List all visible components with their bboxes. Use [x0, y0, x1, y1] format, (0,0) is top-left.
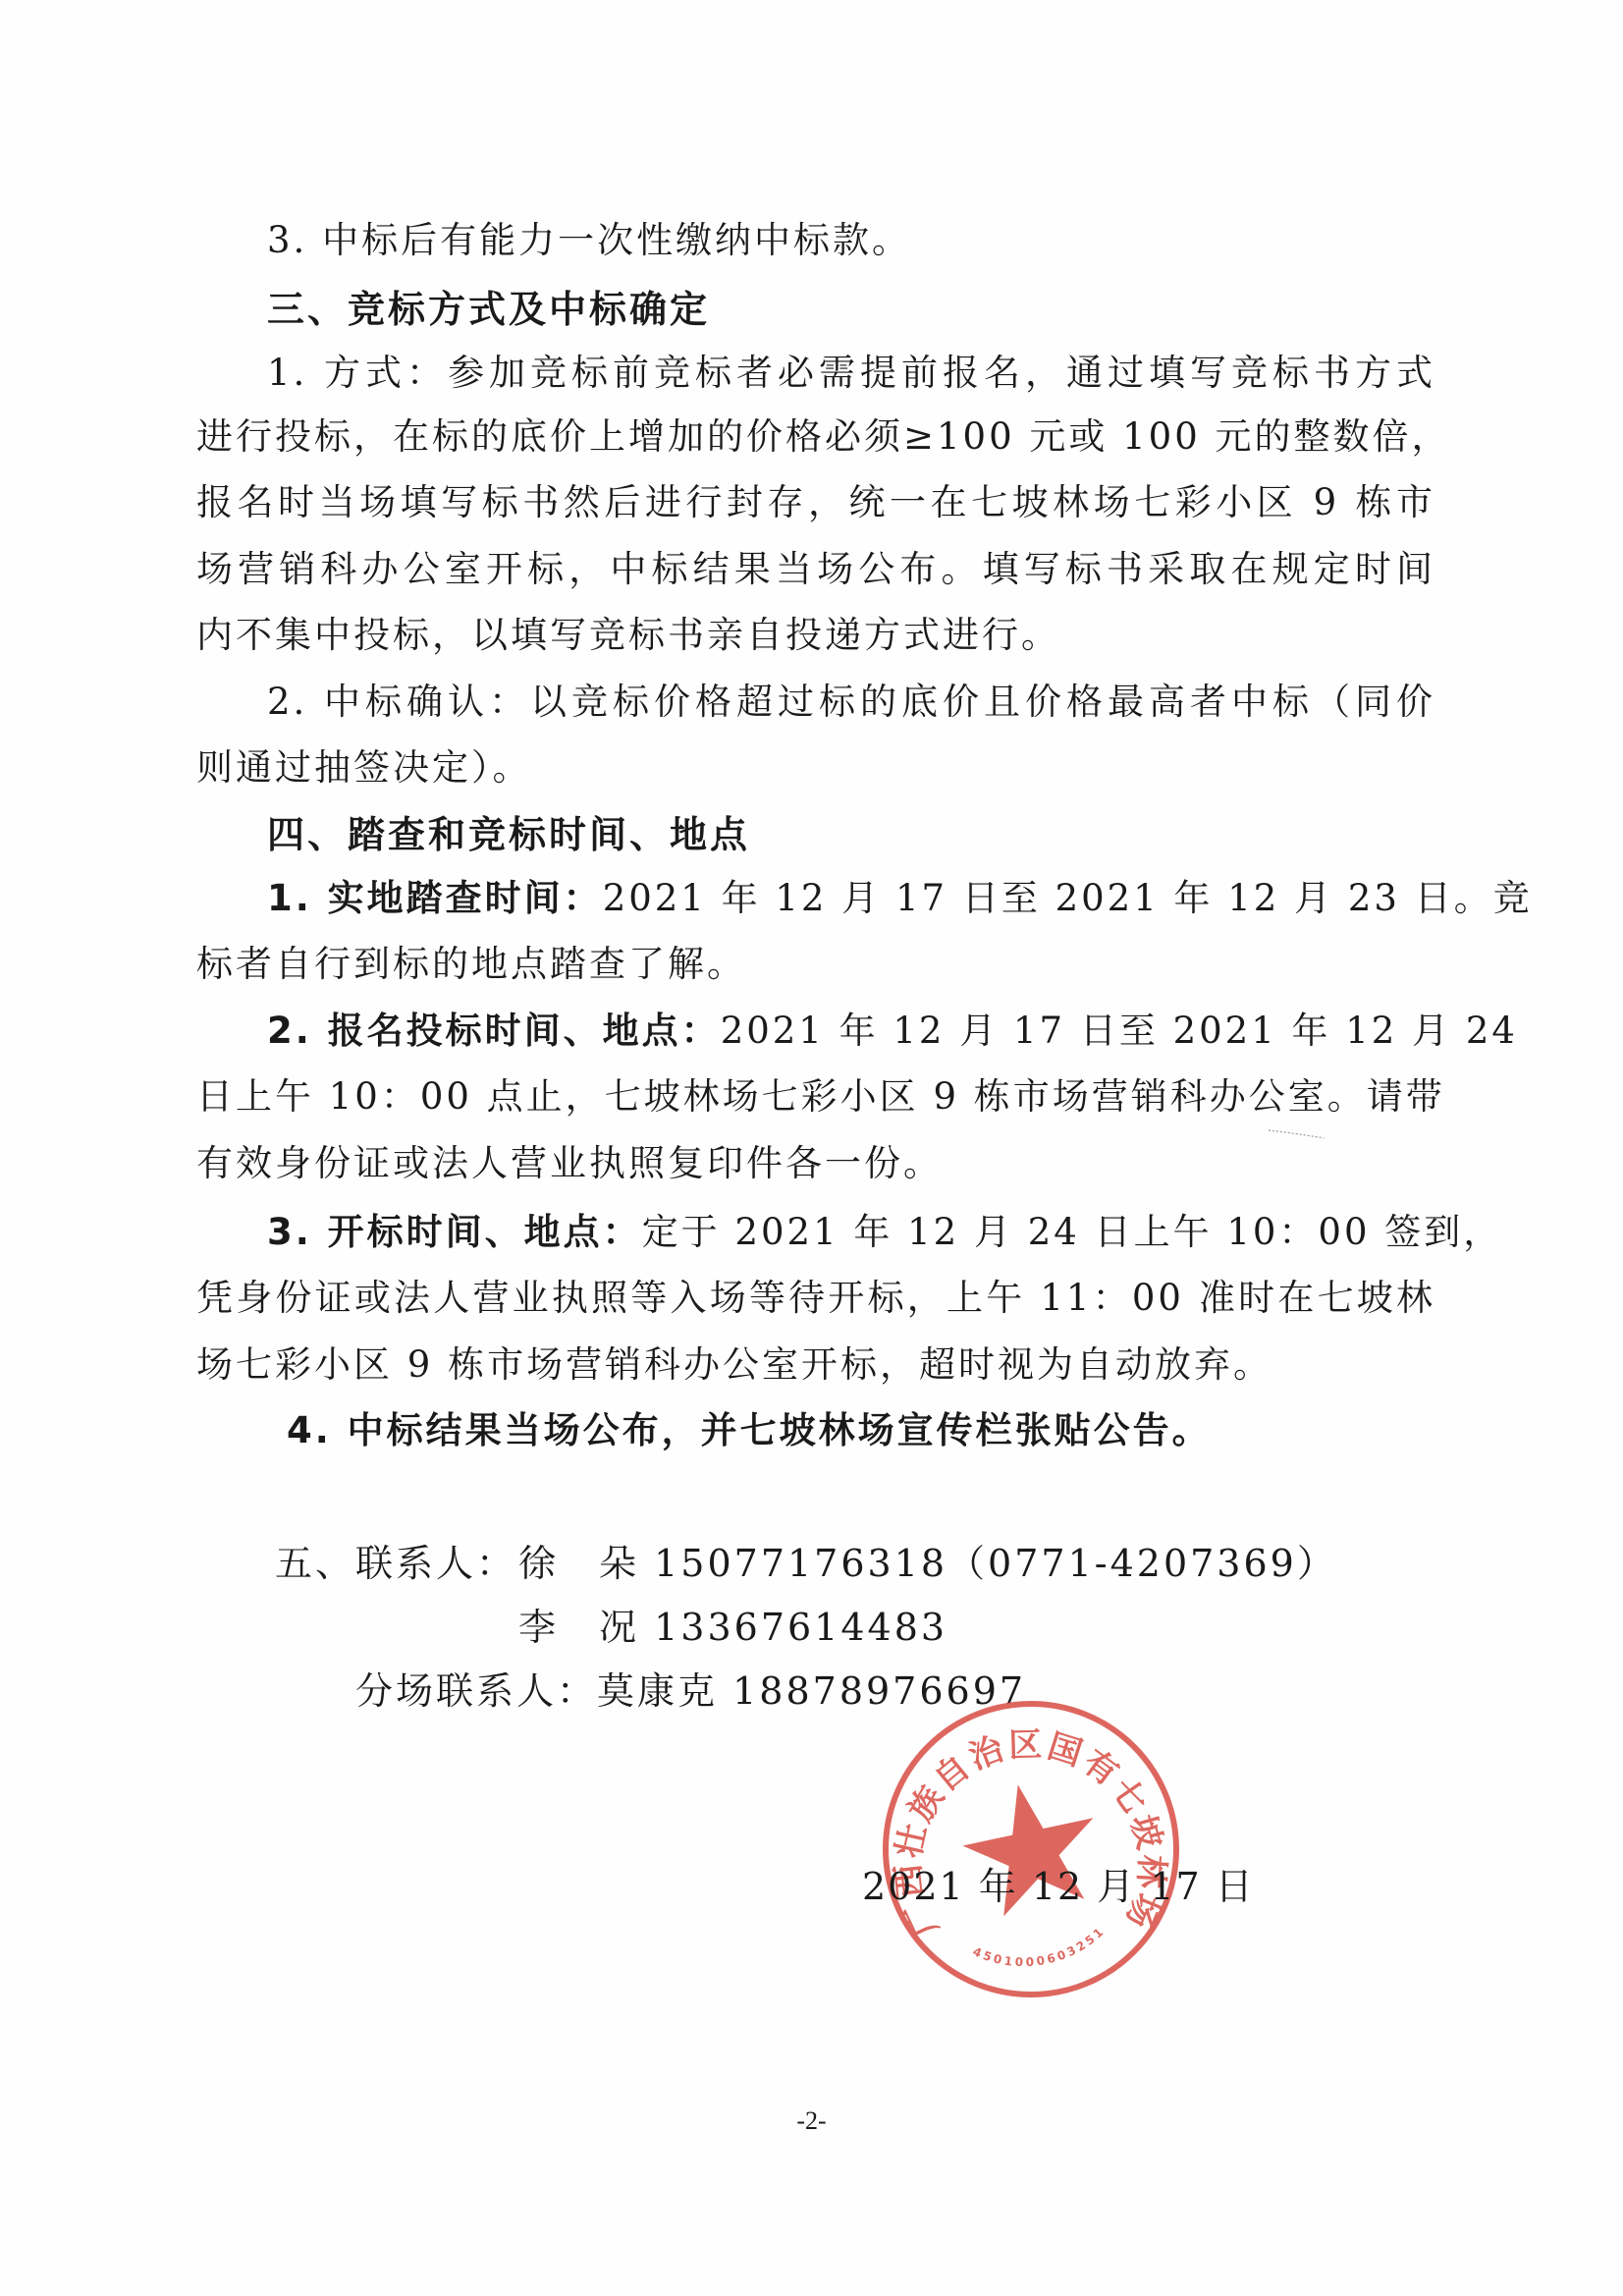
page-number: -2- [0, 2106, 1623, 2136]
opening-line-2: 凭身份证或法人营业执照等入场等待开标，上午 11：00 准时在七坡林 [196, 1275, 1435, 1322]
seal-code-text: 4501000603251 [971, 1924, 1109, 1970]
method-paragraph-line-5: 内不集中投标，以填写竞标书亲自投递方式进行。 [196, 612, 1060, 659]
registration-label: 2. 报名投标时间、地点： [267, 1010, 721, 1052]
contact-phone: 15077176318（0771-4207369） [654, 1542, 1337, 1585]
confirmation-text: 以竞标价格超过标的底价且价格最高者中标（同价 [530, 681, 1435, 723]
scan-artifact-icon [1267, 1127, 1325, 1139]
requirement-3: 3. 中标后有能力一次性缴纳中标款。 [267, 217, 911, 264]
result-announcement: 4. 中标结果当场公布，并七坡林场宣传栏张贴公告。 [287, 1407, 1212, 1454]
svg-text:4501000603251: 4501000603251 [971, 1924, 1109, 1970]
section-4-heading: 四、踏查和竞标时间、地点 [267, 811, 750, 858]
contact-person-2: 李 况 13367614483 [518, 1604, 947, 1651]
opening-text: 定于 2021 年 12 月 24 日上午 10：00 签到， [642, 1211, 1503, 1253]
official-seal-icon: 广西壮族自治区国有七坡林场 4501000603251 [879, 1697, 1183, 2001]
method-paragraph-line-4: 场营销科办公室开标，中标结果当场公布。填写标书采取在规定时间 [196, 546, 1435, 593]
contact-person-1: 徐 朵 15077176318（0771-4207369） [518, 1540, 1337, 1587]
contact-section-label: 五、联系人： [275, 1540, 516, 1587]
registration-line-2: 日上午 10：00 点止，七坡林场七彩小区 9 栋市场营销科办公室。请带 [196, 1073, 1435, 1121]
survey-time-line-1: 1. 实地踏查时间：2021 年 12 月 17 日至 2021 年 12 月 … [267, 875, 1435, 922]
opening-line-3: 场七彩小区 9 栋市场营销科办公室开标，超时视为自动放弃。 [196, 1341, 1272, 1389]
branch-contact-label: 分场联系人： [355, 1669, 597, 1713]
contact-name: 李 况 [518, 1606, 639, 1649]
opening-line-1: 3. 开标时间、地点：定于 2021 年 12 月 24 日上午 10：00 签… [267, 1209, 1435, 1256]
method-text: 参加竞标前竞标者必需提前报名，通过填写竞标书方式 [448, 352, 1435, 394]
survey-time-label: 1. 实地踏查时间： [267, 877, 603, 919]
registration-line-1: 2. 报名投标时间、地点：2021 年 12 月 17 日至 2021 年 12… [267, 1008, 1435, 1055]
registration-line-3: 有效身份证或法人营业执照复印件各一份。 [196, 1140, 943, 1187]
confirmation-paragraph-line-2: 则通过抽签决定）。 [196, 744, 532, 792]
survey-time-line-2: 标者自行到标的地点踏查了解。 [196, 941, 746, 988]
survey-time-text: 2021 年 12 月 17 日至 2021 年 12 月 23 日。竞 [603, 877, 1533, 919]
issue-date: 2021 年 12 月 17 日 [862, 1856, 1255, 1910]
opening-label: 3. 开标时间、地点： [267, 1211, 642, 1253]
method-paragraph-line-2: 进行投标，在标的底价上增加的价格必须≥100 元或 100 元的整数倍， [196, 413, 1435, 461]
section-3-heading: 三、竞标方式及中标确定 [267, 286, 710, 333]
branch-contact-name: 莫康克 [597, 1669, 718, 1713]
method-paragraph-line-3: 报名时当场填写标书然后进行封存，统一在七坡林场七彩小区 9 栋市 [196, 479, 1435, 526]
method-paragraph-line-1: 1. 方式：参加竞标前竞标者必需提前报名，通过填写竞标书方式 [267, 350, 1435, 397]
confirmation-paragraph-line-1: 2. 中标确认：以竞标价格超过标的底价且价格最高者中标（同价 [267, 679, 1435, 726]
contact-phone: 13367614483 [654, 1606, 947, 1649]
confirmation-label: 2. 中标确认： [267, 681, 530, 723]
method-label: 1. 方式： [267, 352, 448, 394]
document-page: 3. 中标后有能力一次性缴纳中标款。 三、竞标方式及中标确定 1. 方式：参加竞… [0, 0, 1623, 2296]
contact-name: 徐 朵 [518, 1542, 639, 1585]
registration-text: 2021 年 12 月 17 日至 2021 年 12 月 24 [721, 1010, 1518, 1052]
